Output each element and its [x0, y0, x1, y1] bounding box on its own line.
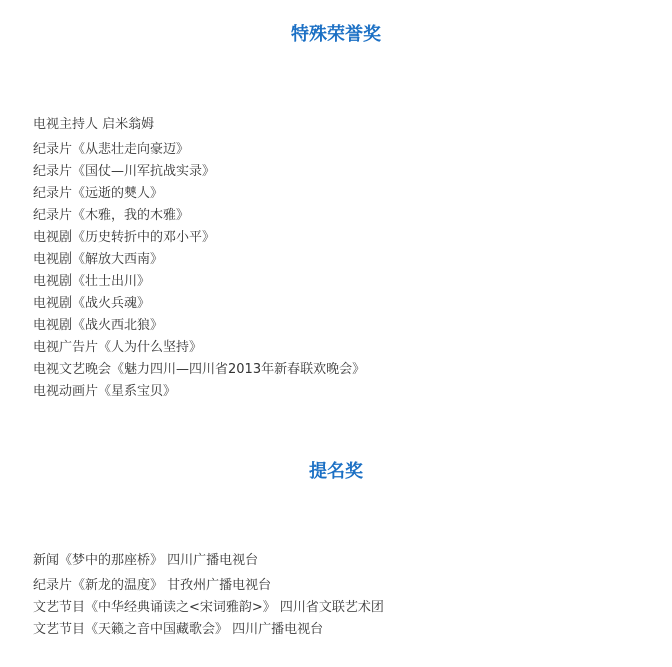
nomination-award-title: 提名奖 — [0, 461, 672, 483]
list-item: 电视剧《战火西北狼》 — [33, 315, 365, 337]
list-item: 电视剧《解放大西南》 — [33, 249, 365, 271]
list-item: 电视动画片《星系宝贝》 — [33, 381, 365, 403]
list-item: 新闻《梦中的那座桥》 四川广播电视台 — [33, 550, 384, 572]
list-item: 电视剧《战火兵魂》 — [33, 293, 365, 315]
nomination-award-list: 新闻《梦中的那座桥》 四川广播电视台 纪录片《新龙的温度》 甘孜州广播电视台 文… — [33, 550, 384, 641]
list-item: 纪录片《木雅，我的木雅》 — [33, 205, 365, 227]
list-item: 纪录片《远逝的僰人》 — [33, 183, 365, 205]
special-award-title: 特殊荣誉奖 — [0, 24, 672, 46]
list-item: 电视广告片《人为什么坚持》 — [33, 337, 365, 359]
list-item: 纪录片《从悲壮走向豪迈》 — [33, 139, 365, 161]
list-item: 电视剧《壮士出川》 — [33, 271, 365, 293]
list-item: 纪录片《国仗—川军抗战实录》 — [33, 161, 365, 183]
list-item: 电视剧《历史转折中的邓小平》 — [33, 227, 365, 249]
list-item: 文艺节目《中华经典诵读之<宋词雅韵>》 四川省文联艺术团 — [33, 597, 384, 619]
list-item: 文艺节目《天籁之音中国藏歌会》 四川广播电视台 — [33, 619, 384, 641]
list-item: 电视主持人 启米翁姆 — [33, 114, 365, 136]
list-item: 纪录片《新龙的温度》 甘孜州广播电视台 — [33, 575, 384, 597]
list-item: 电视文艺晚会《魅力四川—四川省2013年新春联欢晚会》 — [33, 359, 365, 381]
special-award-list: 电视主持人 启米翁姆 纪录片《从悲壮走向豪迈》 纪录片《国仗—川军抗战实录》 纪… — [33, 114, 365, 403]
